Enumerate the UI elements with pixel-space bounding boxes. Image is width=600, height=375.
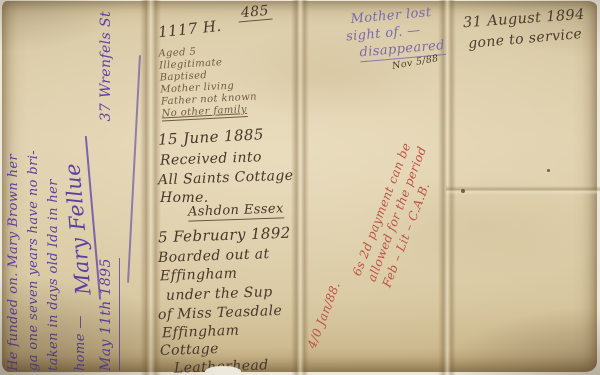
left-note-address: 37 Wrenfels St xyxy=(94,11,120,121)
left-note-line: home — xyxy=(71,315,91,371)
case-record-panel: 485 1117 H. Aged 5 Illegitimate Baptised… xyxy=(158,4,296,372)
admission-date: 15 June 1885 xyxy=(158,125,265,149)
case-details-list: Aged 5 Illegitimate Baptised Mother livi… xyxy=(158,44,258,122)
boarding-line: Effingham xyxy=(162,323,240,342)
boarding-line: under the Sup xyxy=(166,284,273,304)
boarding-line: Boarded out at xyxy=(158,246,270,266)
boarding-date: 5 February 1892 xyxy=(158,224,291,247)
boarding-line: Cottage xyxy=(160,341,219,359)
left-note-line: ga one seven years have no bri- xyxy=(24,11,44,371)
left-purple-note: He funded on. Mary Brown her ga one seve… xyxy=(4,11,120,371)
ink-spot xyxy=(461,189,465,193)
admission-line: All Saints Cottage xyxy=(158,168,294,189)
scanned-document-photo: He funded on. Mary Brown her ga one seve… xyxy=(0,0,600,375)
admission-line: Received into xyxy=(160,149,262,169)
left-note-line: He funded on. Mary Brown her xyxy=(4,11,24,371)
ink-spot xyxy=(547,169,550,172)
admission-place: Ashdon Essex xyxy=(188,201,284,221)
torn-edge-notch xyxy=(205,366,241,375)
boarding-line: of Miss Teasdale xyxy=(158,303,283,323)
case-number: 1117 H. xyxy=(157,17,222,42)
horizontal-crease xyxy=(446,186,600,195)
page-reference: 485 xyxy=(237,3,272,23)
boarding-line: Effingham xyxy=(160,266,238,285)
